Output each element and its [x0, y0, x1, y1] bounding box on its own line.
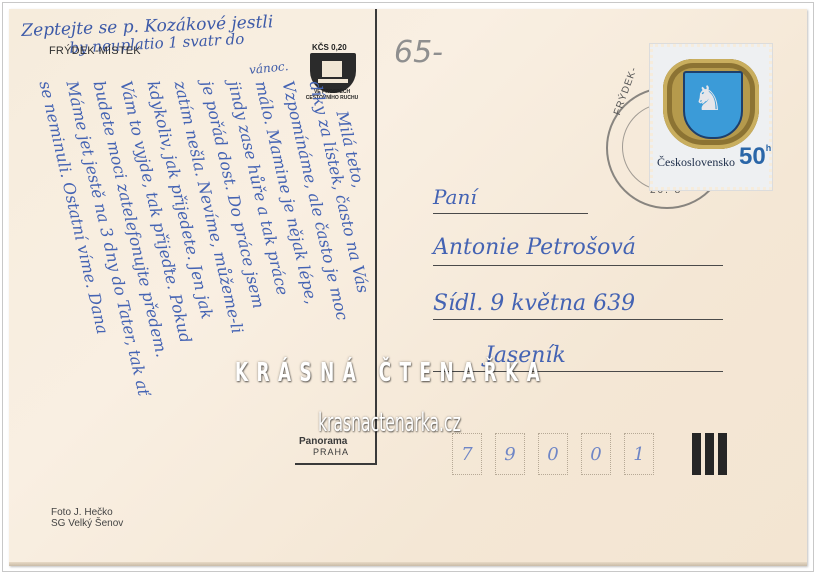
pencil-price-note: 65-	[394, 35, 443, 70]
address-line-2	[433, 265, 723, 266]
divider-horizontal	[295, 463, 377, 465]
postcard: Zeptejte se p. Kozákové jestli by neupla…	[9, 9, 807, 566]
address-line-1	[433, 213, 588, 214]
postage-stamp: ♞ Československo 50h	[650, 44, 772, 190]
publisher-logo: Panorama PRAHA	[299, 436, 349, 458]
badge-price: KČS 0,20	[312, 43, 347, 52]
lion-icon: ♞	[693, 83, 723, 117]
photo-credit-line2: SG Velký Šenov	[51, 518, 123, 529]
postal-code-digit: 0	[538, 433, 568, 475]
postal-code-digit: 7	[452, 433, 482, 475]
photo-credit-line1: Foto J. Hečko	[51, 507, 123, 518]
stamp-value-unit: h	[766, 143, 772, 153]
address-salutation: Paní	[433, 185, 477, 209]
postal-code-bars	[692, 433, 731, 480]
postmark-town: FRÝDEK-	[612, 65, 640, 117]
postal-code-digit: 0	[581, 433, 611, 475]
handwritten-header-line3: vánoc.	[248, 59, 289, 77]
stamp-country: Československo	[657, 155, 735, 170]
divider-vertical	[375, 9, 377, 464]
postal-code-digit: 9	[495, 433, 525, 475]
publisher-city: PRAHA	[299, 447, 349, 458]
place-name: FRÝDEK-MÍSTEK	[49, 45, 141, 57]
photo-credit: Foto J. Hečko SG Velký Šenov	[51, 507, 123, 529]
address-name: Antonie Petrošová	[433, 235, 636, 260]
stamp-value-number: 50	[739, 143, 766, 170]
postal-code-digit: 1	[624, 433, 654, 475]
watermark-title: KRÁSNÁ ČTENAŘKA	[235, 358, 548, 388]
address-street: Sídl. 9 května 639	[433, 291, 635, 316]
address-line-3	[433, 319, 723, 320]
stamp-value: 50h	[739, 143, 771, 171]
watermark-url: krasnactenarka.cz	[318, 408, 461, 438]
